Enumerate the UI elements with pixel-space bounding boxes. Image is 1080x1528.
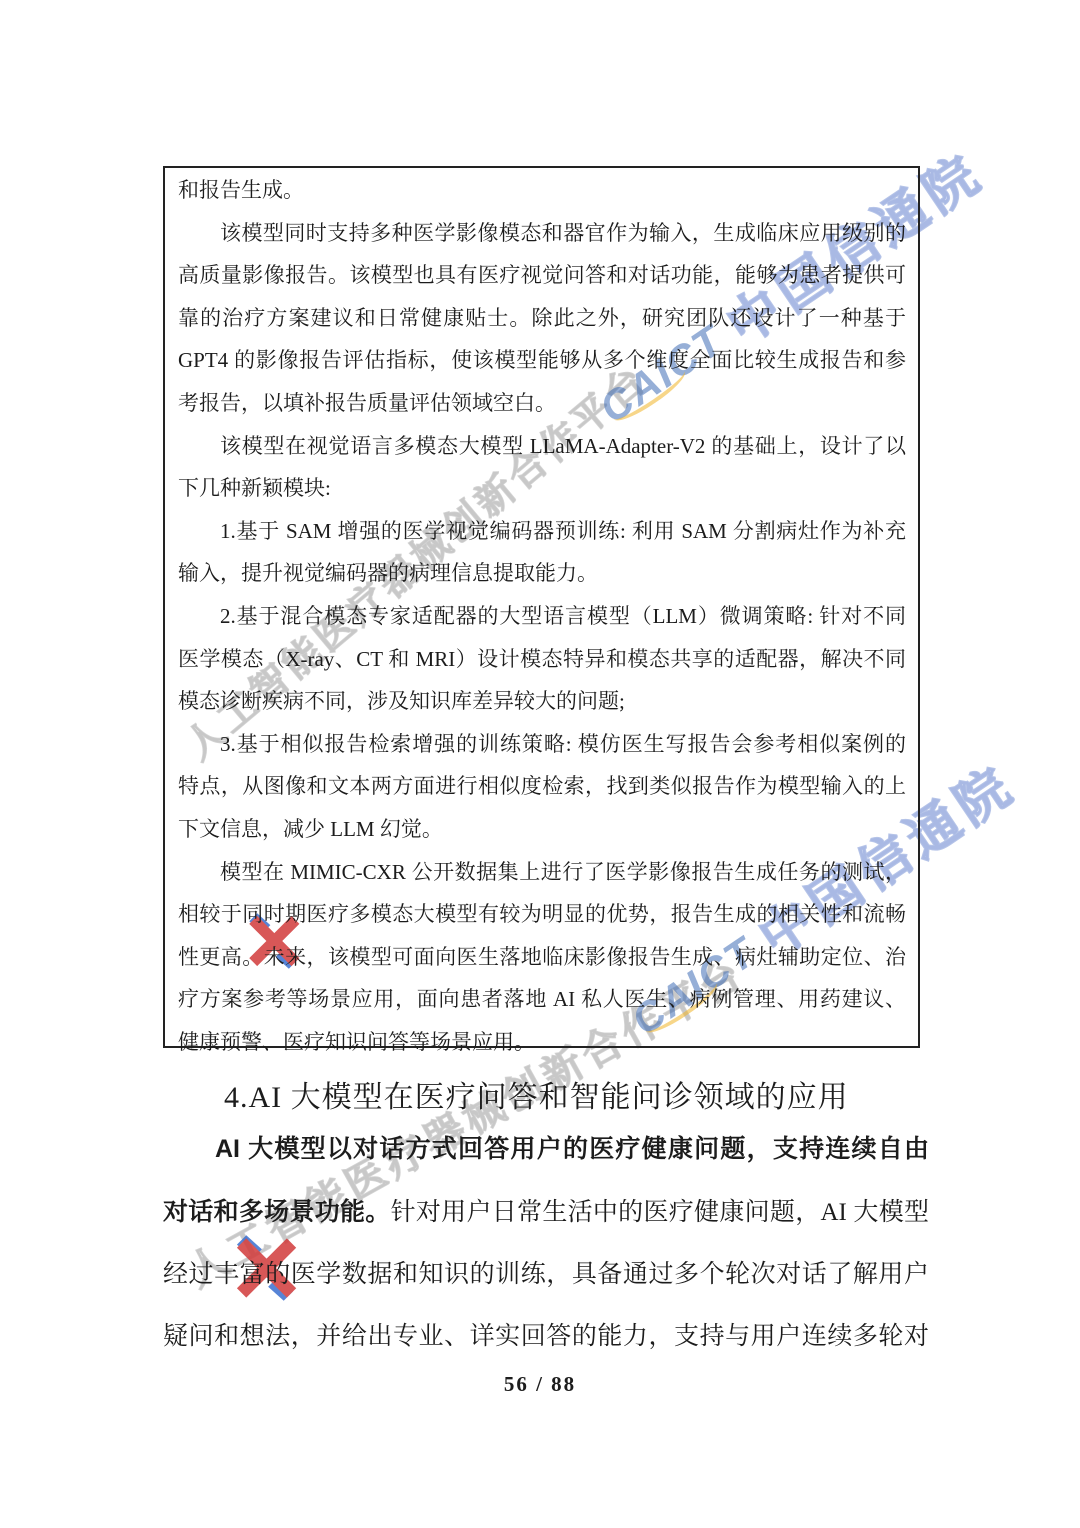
text-line: 输入，提升视觉编码器的病理信息提取能力。 [178,552,906,595]
text-line: 高质量影像报告。该模型也具有医疗视觉问答和对话功能，能够为患者提供可 [178,254,906,297]
text-line: 该模型同时支持多种医学影像模态和器官作为输入，生成临床应用级别的 [178,212,906,255]
text-line: 对话和多场景功能。针对用户日常生活中的医疗健康问题，AI 大模型 [163,1181,929,1244]
text-line: 和报告生成。 [178,169,906,212]
text-line: 特点，从图像和文本两方面进行相似度检索，找到类似报告作为模型输入的上 [178,765,906,808]
text-segment: 疑问和想法，并给出专业、详实回答的能力，支持与用户连续多轮对 [163,1323,929,1350]
text-line: 医学模态（X-ray、CT 和 MRI）设计模态特异和模态共享的适配器，解决不同 [178,638,906,681]
content-layer: 和报告生成。该模型同时支持多种医学影像模态和器官作为输入，生成临床应用级别的高质… [0,0,1080,1528]
bordered-text-box: 和报告生成。该模型同时支持多种医学影像模态和器官作为输入，生成临床应用级别的高质… [163,166,920,1048]
text-line: 经过丰富的医学数据和知识的训练，具备通过多个轮次对话了解用户 [163,1244,929,1306]
text-line: 3.基于相似报告检索增强的训练策略: 模仿医生写报告会参考相似案例的 [178,723,906,766]
text-line: 性更高。未来，该模型可面向医生落地临床影像报告生成、病灶辅助定位、治 [178,936,906,979]
text-segment: 经过丰富的医学数据和知识的训练，具备通过多个轮次对话了解用户 [163,1261,929,1288]
text-line: 健康预警、医疗知识问答等场景应用。 [178,1021,906,1064]
bold-text-segment: 对话和多场景功能。 [163,1198,391,1226]
document-page: 人工智能医疗器械创新合作平台 人工智能医疗器械创新合作平台 CAICT 中国信通… [0,0,1080,1528]
bold-text-segment: AI 大模型以对话方式回答用户的医疗健康问题，支持连续自由 [215,1135,929,1163]
text-line: GPT4 的影像报告评估指标，使该模型能够从多个维度全面比较生成报告和参 [178,339,906,382]
text-line: 疗方案参考等场景应用，面向患者落地 AI 私人医生、病例管理、用药建议、 [178,978,906,1021]
text-line: 下几种新颖模块: [178,467,906,510]
text-line: 模态诊断疾病不同，涉及知识库差异较大的问题; [178,680,906,723]
text-line: 相较于同时期医疗多模态大模型有较为明显的优势，报告生成的相关性和流畅 [178,893,906,936]
text-line: AI 大模型以对话方式回答用户的医疗健康问题，支持连续自由 [163,1118,929,1181]
text-line: 模型在 MIMIC-CXR 公开数据集上进行了医学影像报告生成任务的测试， [178,851,906,894]
text-line: 靠的治疗方案建议和日常健康贴士。除此之外，研究团队还设计了一种基于 [178,297,906,340]
body-paragraph: AI 大模型以对话方式回答用户的医疗健康问题，支持连续自由对话和多场景功能。针对… [163,1118,929,1368]
page-number: 56 / 88 [0,1372,1080,1397]
text-line: 2.基于混合模态专家适配器的大型语言模型（LLM）微调策略: 针对不同 [178,595,906,638]
text-segment: 针对用户日常生活中的医疗健康问题，AI 大模型 [391,1199,929,1226]
section-heading: 4.AI 大模型在医疗问答和智能问诊领域的应用 [224,1072,849,1116]
text-line: 1.基于 SAM 增强的医学视觉编码器预训练: 利用 SAM 分割病灶作为补充 [178,510,906,553]
text-line: 疑问和想法，并给出专业、详实回答的能力，支持与用户连续多轮对 [163,1306,929,1368]
text-line: 该模型在视觉语言多模态大模型 LLaMA-Adapter-V2 的基础上，设计了… [178,425,906,468]
text-line: 考报告，以填补报告质量评估领域空白。 [178,382,906,425]
text-line: 下文信息，减少 LLM 幻觉。 [178,808,906,851]
